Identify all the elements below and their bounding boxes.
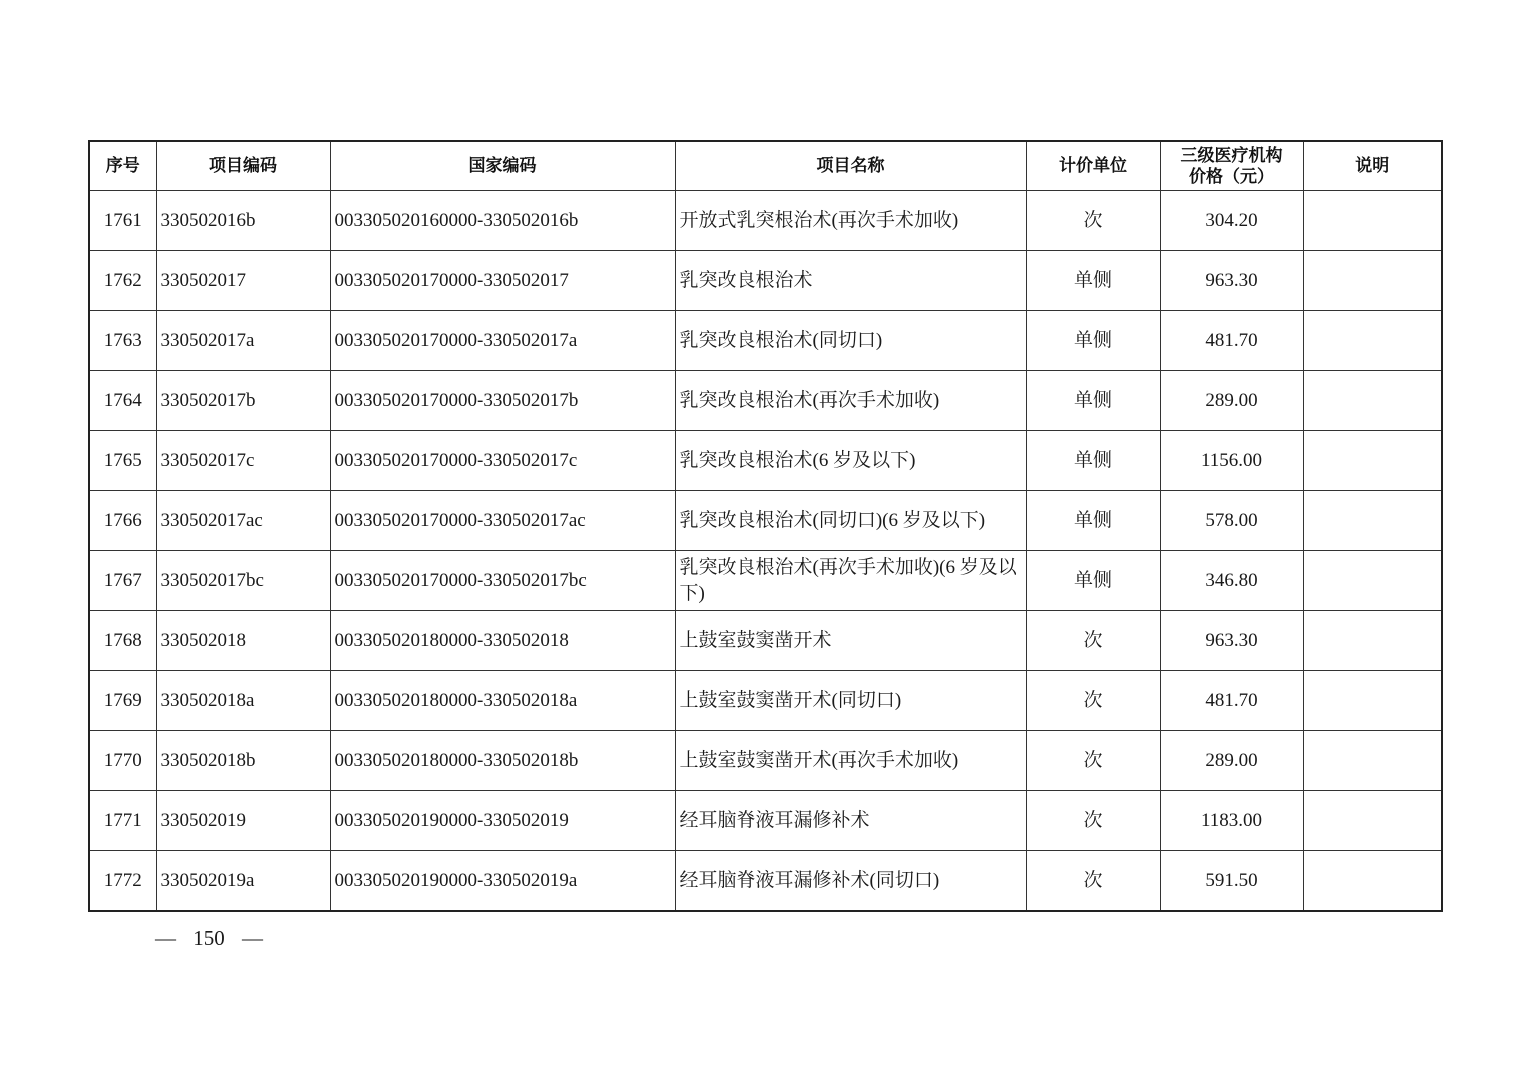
unit-cell: 次 [1026,671,1160,731]
table-row: 1769 330502018a 003305020180000-33050201… [89,671,1442,731]
note-cell [1303,251,1442,311]
note-cell [1303,611,1442,671]
seq-cell: 1763 [89,311,156,371]
item-code-cell: 330502018b [156,731,330,791]
unit-cell: 单侧 [1026,371,1160,431]
seq-cell: 1762 [89,251,156,311]
item-code-cell: 330502018a [156,671,330,731]
header-item-name: 项目名称 [675,141,1026,191]
note-cell [1303,551,1442,611]
item-code-cell: 330502019 [156,791,330,851]
header-item-code: 项目编码 [156,141,330,191]
seq-cell: 1772 [89,851,156,912]
seq-cell: 1767 [89,551,156,611]
table-row: 1762 330502017 003305020170000-330502017… [89,251,1442,311]
price-cell: 963.30 [1160,611,1303,671]
document-page: { "table": { "headers": [ "序号", "项目编码", … [0,0,1520,1074]
unit-cell: 单侧 [1026,491,1160,551]
national-code-cell: 003305020170000-330502017b [330,371,675,431]
price-cell: 963.30 [1160,251,1303,311]
seq-cell: 1764 [89,371,156,431]
item-code-cell: 330502017bc [156,551,330,611]
unit-cell: 次 [1026,791,1160,851]
medical-price-table: 序号 项目编码 国家编码 项目名称 计价单位 三级医疗机构 价格（元） 说明 1… [88,140,1443,912]
note-cell [1303,491,1442,551]
item-code-cell: 330502017b [156,371,330,431]
seq-cell: 1770 [89,731,156,791]
table-row: 1764 330502017b 003305020170000-33050201… [89,371,1442,431]
national-code-cell: 003305020170000-330502017c [330,431,675,491]
item-code-cell: 330502017a [156,311,330,371]
header-seq: 序号 [89,141,156,191]
unit-cell: 次 [1026,191,1160,251]
seq-cell: 1765 [89,431,156,491]
table-row: 1767 330502017bc 003305020170000-3305020… [89,551,1442,611]
seq-cell: 1768 [89,611,156,671]
seq-cell: 1771 [89,791,156,851]
table-row: 1763 330502017a 003305020170000-33050201… [89,311,1442,371]
national-code-cell: 003305020190000-330502019a [330,851,675,912]
national-code-cell: 003305020180000-330502018 [330,611,675,671]
national-code-cell: 003305020160000-330502016b [330,191,675,251]
price-cell: 346.80 [1160,551,1303,611]
table-row: 1770 330502018b 003305020180000-33050201… [89,731,1442,791]
item-code-cell: 330502019a [156,851,330,912]
price-cell: 591.50 [1160,851,1303,912]
unit-cell: 单侧 [1026,311,1160,371]
item-name-cell: 乳突改良根治术(再次手术加收)(6 岁及以下) [675,551,1026,611]
note-cell [1303,371,1442,431]
seq-cell: 1766 [89,491,156,551]
price-cell: 304.20 [1160,191,1303,251]
note-cell [1303,311,1442,371]
note-cell [1303,191,1442,251]
national-code-cell: 003305020170000-330502017bc [330,551,675,611]
item-code-cell: 330502017 [156,251,330,311]
item-name-cell: 经耳脑脊液耳漏修补术(同切口) [675,851,1026,912]
table-row: 1761 330502016b 003305020160000-33050201… [89,191,1442,251]
note-cell [1303,851,1442,912]
item-name-cell: 上鼓室鼓窦凿开术 [675,611,1026,671]
note-cell [1303,671,1442,731]
table-row: 1768 330502018 003305020180000-330502018… [89,611,1442,671]
header-price: 三级医疗机构 价格（元） [1160,141,1303,191]
price-cell: 1156.00 [1160,431,1303,491]
item-name-cell: 乳突改良根治术(再次手术加收) [675,371,1026,431]
item-code-cell: 330502017ac [156,491,330,551]
header-unit: 计价单位 [1026,141,1160,191]
price-cell: 481.70 [1160,671,1303,731]
page-number: — 150 — [155,926,263,951]
note-cell [1303,431,1442,491]
national-code-cell: 003305020190000-330502019 [330,791,675,851]
national-code-cell: 003305020180000-330502018a [330,671,675,731]
table-row: 1771 330502019 003305020190000-330502019… [89,791,1442,851]
unit-cell: 次 [1026,611,1160,671]
item-name-cell: 乳突改良根治术(6 岁及以下) [675,431,1026,491]
item-name-cell: 开放式乳突根治术(再次手术加收) [675,191,1026,251]
seq-cell: 1769 [89,671,156,731]
price-cell: 481.70 [1160,311,1303,371]
table-row: 1772 330502019a 003305020190000-33050201… [89,851,1442,912]
item-name-cell: 上鼓室鼓窦凿开术(再次手术加收) [675,731,1026,791]
national-code-cell: 003305020170000-330502017ac [330,491,675,551]
item-name-cell: 乳突改良根治术 [675,251,1026,311]
header-national-code: 国家编码 [330,141,675,191]
national-code-cell: 003305020180000-330502018b [330,731,675,791]
price-cell: 578.00 [1160,491,1303,551]
table-body: 1761 330502016b 003305020160000-33050201… [89,191,1442,912]
unit-cell: 单侧 [1026,251,1160,311]
item-code-cell: 330502017c [156,431,330,491]
item-name-cell: 经耳脑脊液耳漏修补术 [675,791,1026,851]
unit-cell: 次 [1026,731,1160,791]
table-row: 1765 330502017c 003305020170000-33050201… [89,431,1442,491]
national-code-cell: 003305020170000-330502017a [330,311,675,371]
note-cell [1303,731,1442,791]
item-name-cell: 乳突改良根治术(同切口) [675,311,1026,371]
header-note: 说明 [1303,141,1442,191]
table-header: 序号 项目编码 国家编码 项目名称 计价单位 三级医疗机构 价格（元） 说明 [89,141,1442,191]
price-cell: 289.00 [1160,371,1303,431]
national-code-cell: 003305020170000-330502017 [330,251,675,311]
table-row: 1766 330502017ac 003305020170000-3305020… [89,491,1442,551]
unit-cell: 次 [1026,851,1160,912]
unit-cell: 单侧 [1026,551,1160,611]
header-row: 序号 项目编码 国家编码 项目名称 计价单位 三级医疗机构 价格（元） 说明 [89,141,1442,191]
item-code-cell: 330502016b [156,191,330,251]
item-name-cell: 乳突改良根治术(同切口)(6 岁及以下) [675,491,1026,551]
item-name-cell: 上鼓室鼓窦凿开术(同切口) [675,671,1026,731]
price-cell: 289.00 [1160,731,1303,791]
note-cell [1303,791,1442,851]
price-cell: 1183.00 [1160,791,1303,851]
unit-cell: 单侧 [1026,431,1160,491]
item-code-cell: 330502018 [156,611,330,671]
seq-cell: 1761 [89,191,156,251]
